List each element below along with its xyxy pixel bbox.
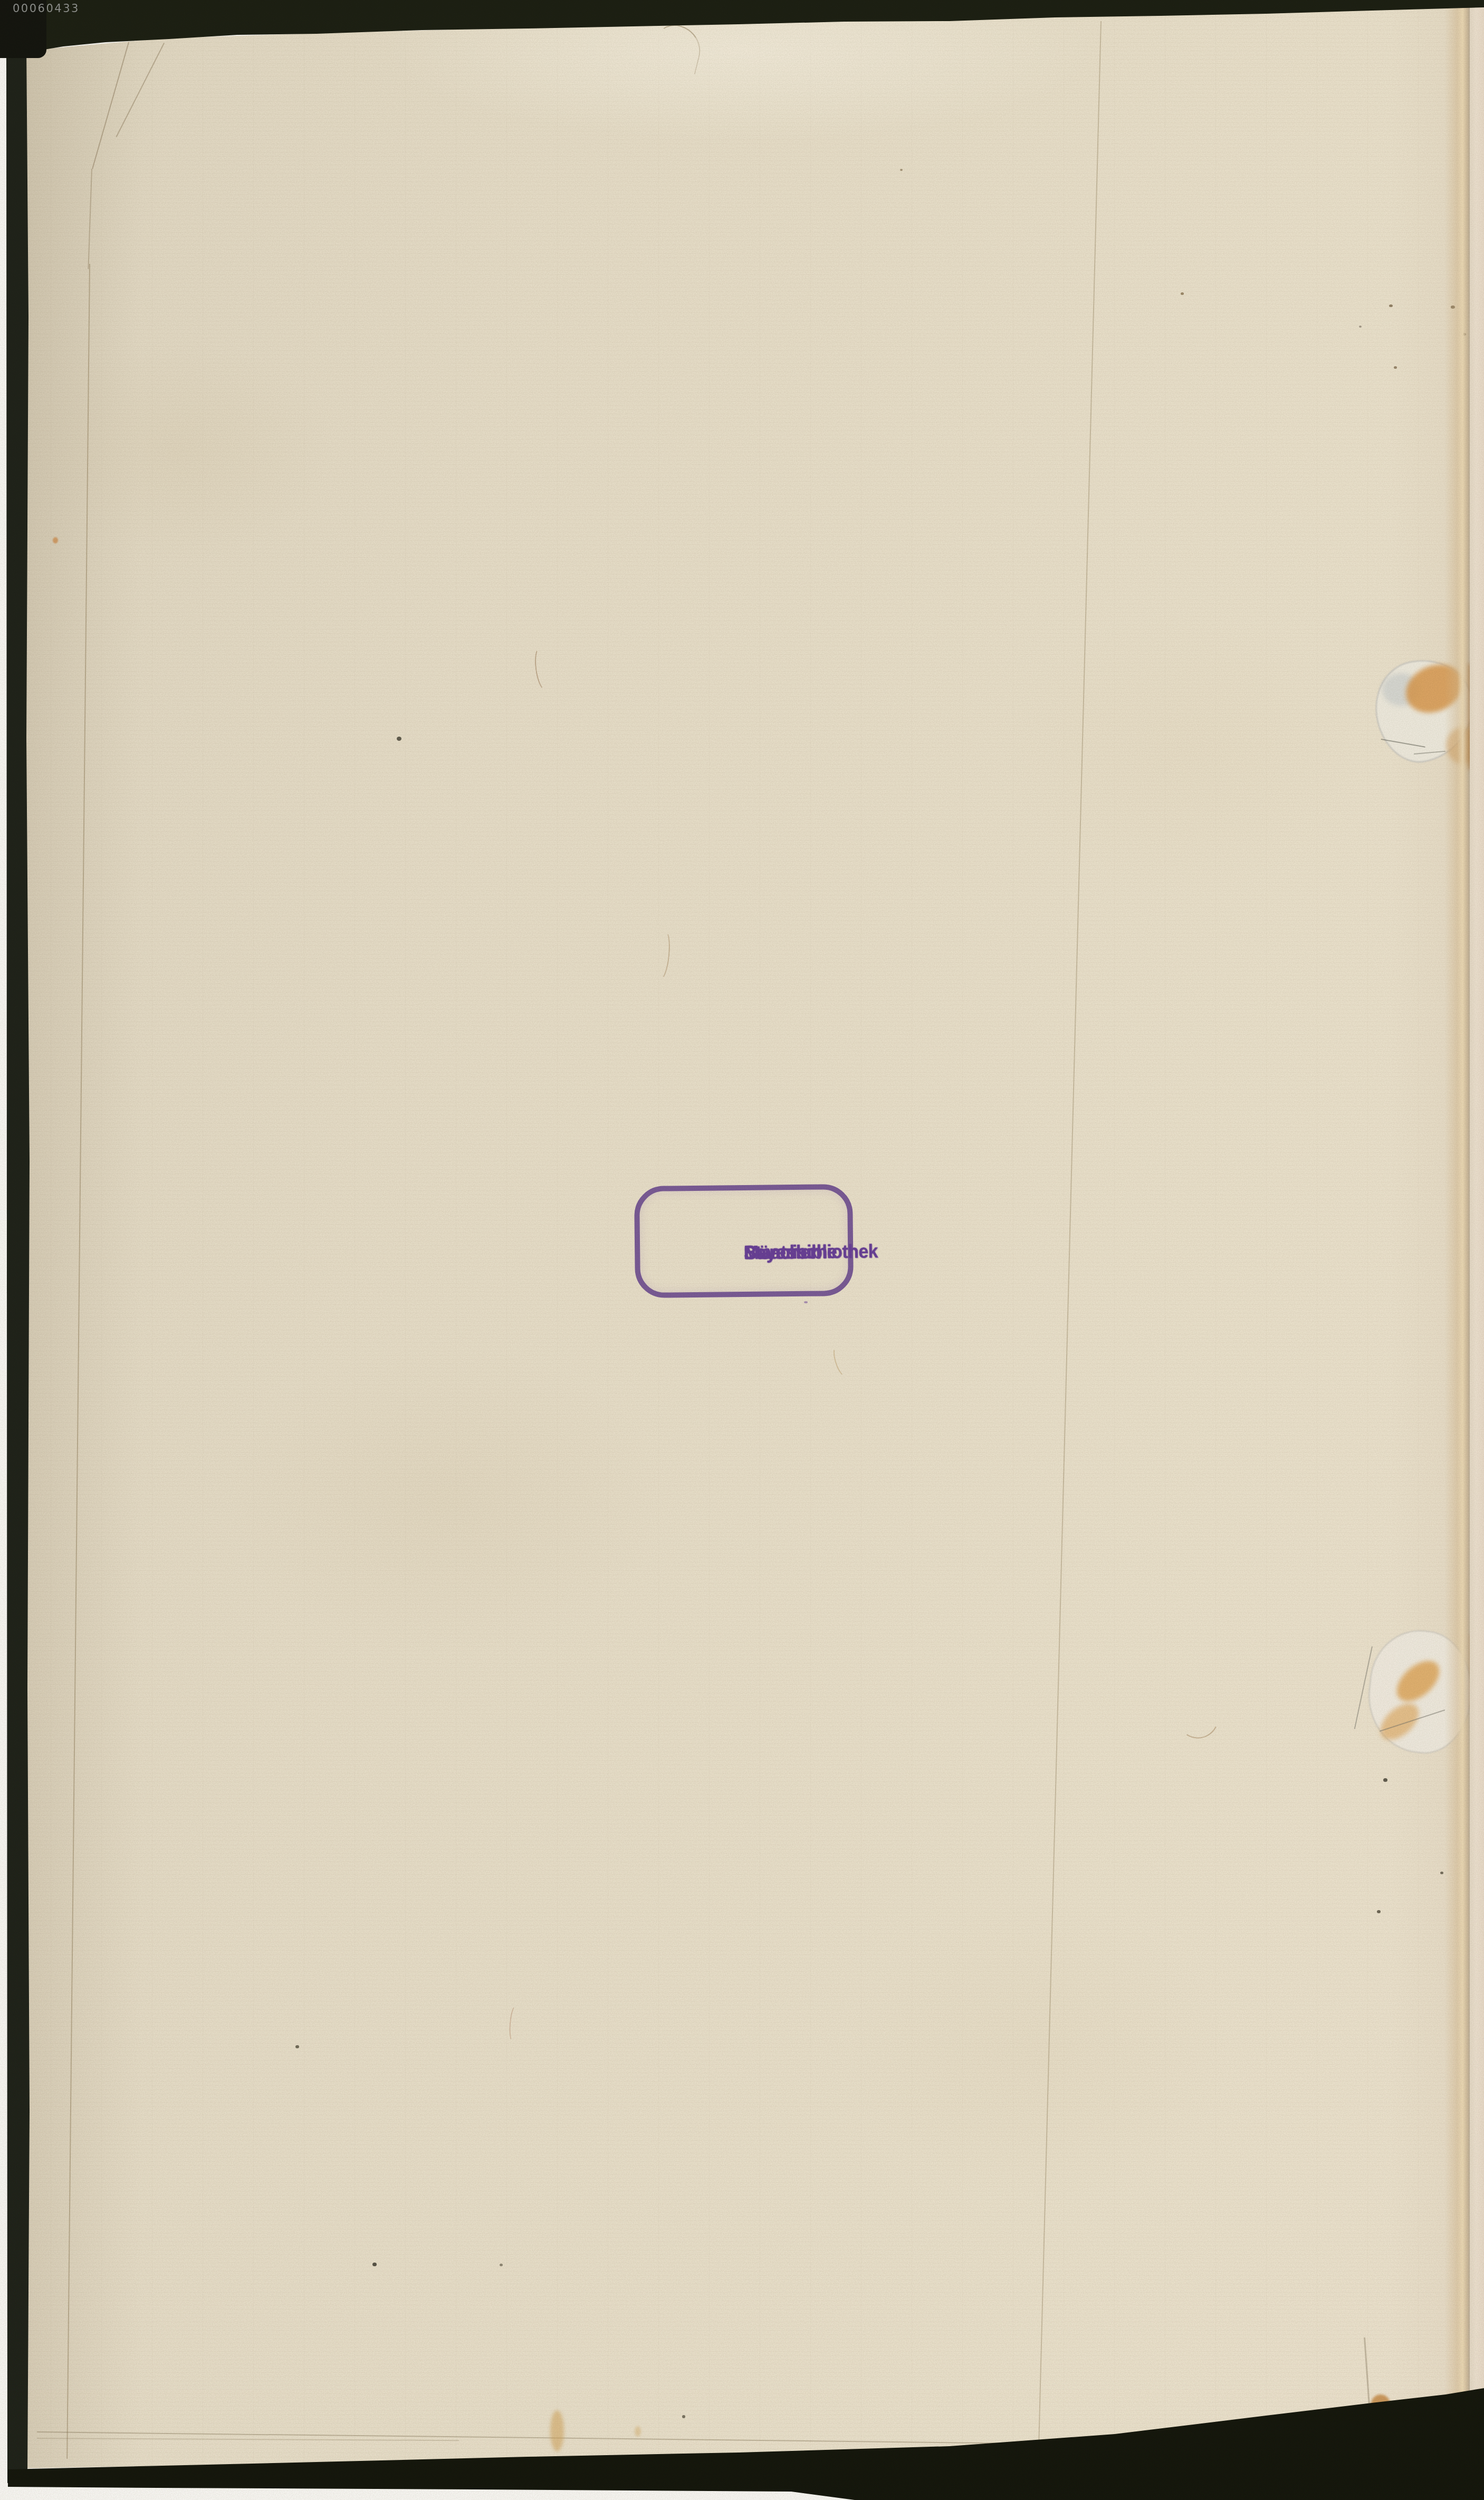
book-scan-page: Bayerische Staatsbibliothek München xyxy=(0,0,1484,2500)
paper-grain-overlay xyxy=(0,0,1484,2500)
